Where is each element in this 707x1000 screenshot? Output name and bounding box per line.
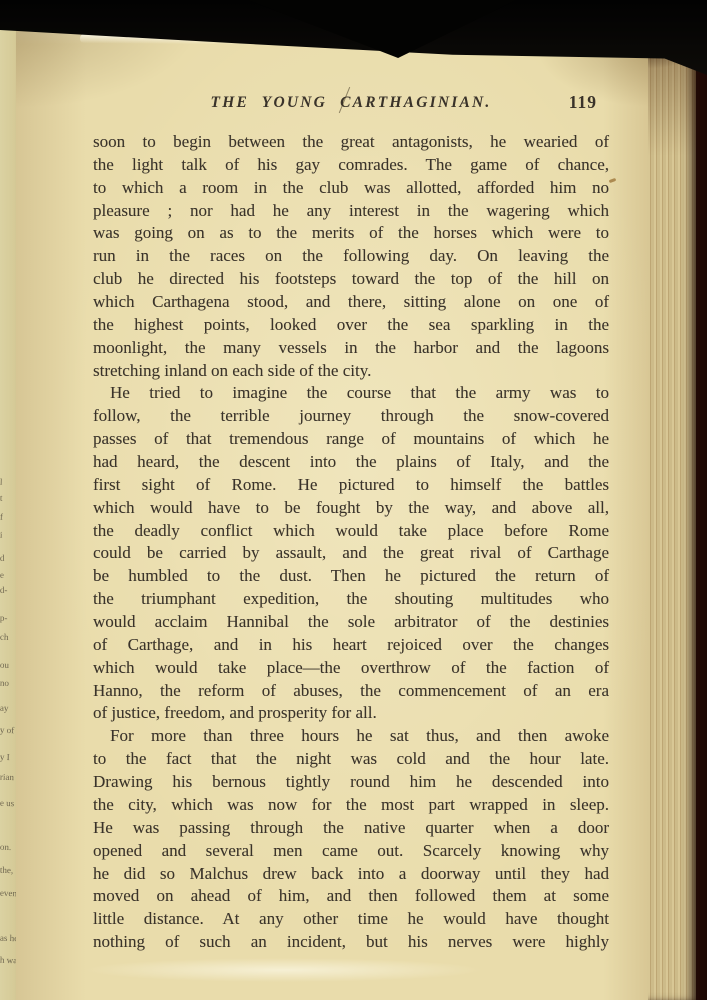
text-line: soon to begin between the great antagoni… <box>93 131 609 154</box>
text-line: For more than three hours he sat thus, a… <box>93 725 609 748</box>
page-bottom-edge-highlight <box>82 954 562 986</box>
page-edge-text-fragment: ch <box>0 632 16 642</box>
text-line: pleasure ; nor had he any interest in th… <box>93 200 609 223</box>
text-line: had heard, the descent into the plains o… <box>93 451 609 474</box>
page-header: THE YOUNG CARTHAGINIAN. 119 <box>93 92 609 116</box>
text-line: stretching inland on each side of the ci… <box>93 360 609 383</box>
text-line: nothing of such an incident, but his ner… <box>93 931 609 954</box>
text-line: of Carthage, and in his heart rejoiced o… <box>93 634 609 657</box>
text-line: to the fact that the night was cold and … <box>93 748 609 771</box>
book-scan: ltfided-p-chounoayy ofy Iriane uson.the,… <box>0 0 707 1000</box>
text-line: the city, which was now for the most par… <box>93 794 609 817</box>
text-line: the deadly conflict which would take pla… <box>93 520 609 543</box>
text-line: which would have to be fought by the way… <box>93 497 609 520</box>
page-edge-text-fragment: rian <box>0 772 16 782</box>
text-line: passes of that tremendous range of mount… <box>93 428 609 451</box>
page-edge-text-fragment: ou <box>0 660 16 670</box>
running-title: THE YOUNG CARTHAGINIAN. <box>211 94 492 112</box>
paragraph: For more than three hours he sat thus, a… <box>93 725 609 954</box>
page-edge-text-fragment: i <box>0 530 16 540</box>
page-text-area: THE YOUNG CARTHAGINIAN. 119 soon to begi… <box>93 92 609 116</box>
text-line: first sight of Rome. He pictured to hims… <box>93 474 609 497</box>
text-line: to which a room in the club was allotted… <box>93 177 609 200</box>
page-edge-text-fragment: t <box>0 493 16 503</box>
text-line: opened and several men came out. Scarcel… <box>93 840 609 863</box>
page-edge-text-fragment: p- <box>0 613 16 623</box>
text-line: moonlight, the many vessels in the harbo… <box>93 337 609 360</box>
page-edge-text-fragment: e us <box>0 798 16 808</box>
text-line: was going on as to the merits of the hor… <box>93 222 609 245</box>
text-line: moved on ahead of him, and then followed… <box>93 885 609 908</box>
text-line: of justice, freedom, and prosperity for … <box>93 702 609 725</box>
page-edge-text-fragment: d- <box>0 585 16 595</box>
page-edge-text-fragment: as he <box>0 933 16 943</box>
page-edge-text-fragment: y I <box>0 752 16 762</box>
page-edge-text-fragment: l <box>0 477 16 487</box>
text-line: the light talk of his gay comrades. The … <box>93 154 609 177</box>
text-line: the highest points, looked over the sea … <box>93 314 609 337</box>
text-line: run in the races on the following day. O… <box>93 245 609 268</box>
page-edge-text-fragment: e <box>0 570 16 580</box>
page-edge-text-fragment: d <box>0 553 16 563</box>
page-edge-text-fragment: no <box>0 678 16 688</box>
page-number: 119 <box>569 92 597 113</box>
text-line: He was passing through the native quarte… <box>93 817 609 840</box>
text-line: Drawing his bernous tightly round him he… <box>93 771 609 794</box>
text-line: the triumphant expedition, the shouting … <box>93 588 609 611</box>
page-edge-text-fragment: on. <box>0 842 16 852</box>
paragraph: soon to begin between the great antagoni… <box>93 131 609 382</box>
text-line: could be carried by assault, and the gre… <box>93 542 609 565</box>
page-body: soon to begin between the great antagoni… <box>93 131 609 954</box>
text-line: little distance. At any other time he wo… <box>93 908 609 931</box>
text-line: follow, the terrible journey through the… <box>93 405 609 428</box>
page-edge-text-fragment: ay <box>0 703 16 713</box>
paragraph: He tried to imagine the course that the … <box>93 382 609 725</box>
page-edge-text-fragment: the, <box>0 865 16 875</box>
text-line: he did so Malchus drew back into a doorw… <box>93 863 609 886</box>
text-line: He tried to imagine the course that the … <box>93 382 609 405</box>
page-edge-text-fragment: h was <box>0 955 16 965</box>
text-line: would acclaim Hannibal the sole arbitrat… <box>93 611 609 634</box>
text-line: which would take place—the overthrow of … <box>93 657 609 680</box>
page-edge-text-fragment: y of <box>0 725 16 735</box>
page-edge-text-fragment: even <box>0 888 16 898</box>
text-line: be humbled to the dust. Then he pictured… <box>93 565 609 588</box>
text-line: Hanno, the reform of abuses, the commenc… <box>93 680 609 703</box>
page-edge-text-fragment: f <box>0 512 16 522</box>
text-line: club he directed his footsteps toward th… <box>93 268 609 291</box>
text-line: which Carthagena stood, and there, sitti… <box>93 291 609 314</box>
